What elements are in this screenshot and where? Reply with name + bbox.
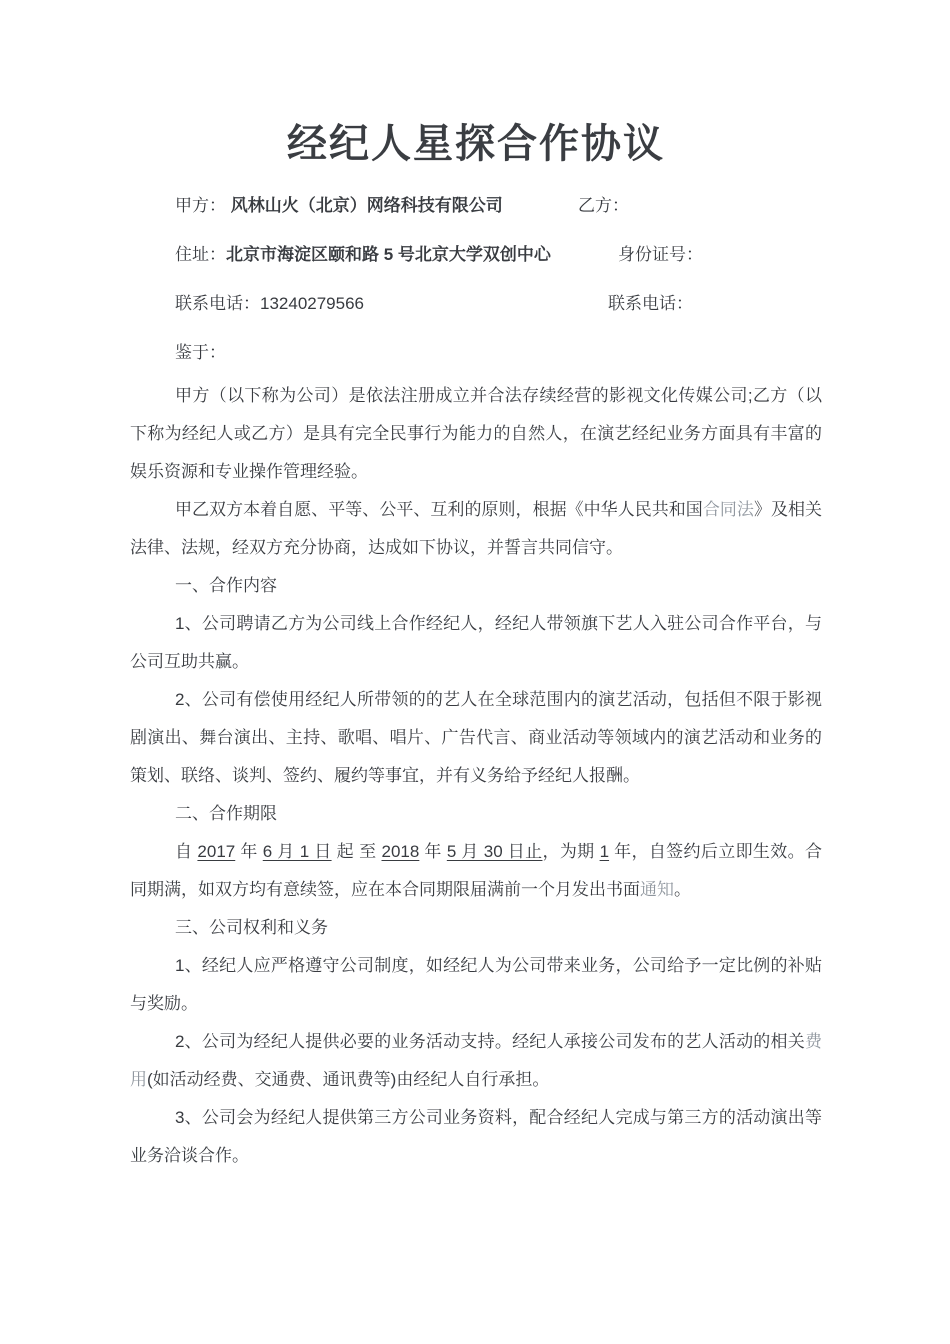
party-b-label: 乙方： (578, 181, 629, 230)
contract-body: 甲方（以下称为公司）是依法注册成立并合法存续经营的影视文化传媒公司;乙方（以下称… (130, 377, 822, 1175)
party-b-id-label: 身份证号： (618, 230, 703, 279)
paragraph-term: 自 2017 年 6 月 1 日 起 至 2018 年 5 月 30 日止，为期… (130, 833, 822, 909)
party-line-names: 甲方： 风林山火（北京）网络科技有限公司 乙方： (130, 181, 822, 230)
paragraph-principles: 甲乙双方本着自愿、平等、公平、互利的原则，根据《中华人民共和国合同法》及相关法律… (130, 491, 822, 567)
heading-section-3: 三、公司权利和义务 (130, 909, 822, 947)
heading-section-1: 一、合作内容 (130, 567, 822, 605)
party-info-block: 甲方： 风林山火（北京）网络科技有限公司 乙方： 住址：北京市海淀区颐和路 5 … (130, 181, 822, 328)
party-a-phone: 联系电话：13240279566 (175, 294, 364, 313)
paragraph-3-1: 1、经纪人应严格遵守公司制度，如经纪人为公司带来业务，公司给予一定比例的补贴与奖… (130, 947, 822, 1023)
paragraph-1-2: 2、公司有偿使用经纪人所带领的的艺人在全球范围内的演艺活动，包括但不限于影视剧演… (130, 681, 822, 795)
party-a-address: 住址：北京市海淀区颐和路 5 号北京大学双创中心 (175, 245, 551, 264)
party-line-phone: 联系电话：13240279566 联系电话： (130, 279, 822, 328)
heading-section-2: 二、合作期限 (130, 795, 822, 833)
paragraph-recitals: 甲方（以下称为公司）是依法注册成立并合法存续经营的影视文化传媒公司;乙方（以下称… (130, 377, 822, 491)
paragraph-1-1: 1、公司聘请乙方为公司线上合作经纪人，经纪人带领旗下艺人入驻公司合作平台，与公司… (130, 605, 822, 681)
party-a-label-and-name: 甲方： 风林山火（北京）网络科技有限公司 (175, 196, 503, 215)
party-b-phone-label: 联系电话： (608, 279, 693, 328)
document-content: 经纪人星探合作协议 甲方： 风林山火（北京）网络科技有限公司 乙方： 住址：北京… (0, 0, 950, 1175)
document-page: 经纪人星探合作协议 甲方： 风林山火（北京）网络科技有限公司 乙方： 住址：北京… (0, 0, 950, 1344)
paragraph-3-2: 2、公司为经纪人提供必要的业务活动支持。经纪人承接公司发布的艺人活动的相关费用(… (130, 1023, 822, 1099)
preamble-line: 鉴于： (130, 328, 822, 377)
paragraph-3-3: 3、公司会为经纪人提供第三方公司业务资料，配合经纪人完成与第三方的活动演出等业务… (130, 1099, 822, 1175)
document-title: 经纪人星探合作协议 (130, 0, 822, 168)
party-line-address: 住址：北京市海淀区颐和路 5 号北京大学双创中心 身份证号： (130, 230, 822, 279)
preamble-label: 鉴于： (175, 343, 226, 362)
